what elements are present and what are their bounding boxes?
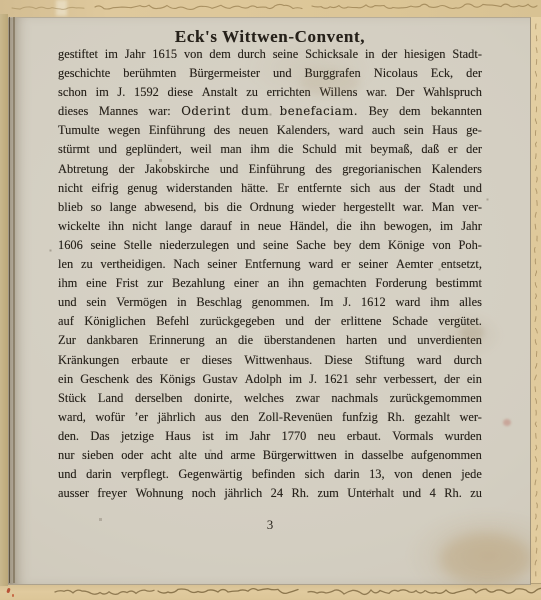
body-line: ZurdankbarenErinnerungandieüberstandenen… [58,333,482,352]
body-line: wickelteihnnichtlangedaraufinneueHändel,… [58,219,482,238]
page-number: 3 [58,517,482,533]
body-line: unddarinverpflegt.Gegenwärtigbefindensic… [58,467,482,486]
body-line: ihmeineFristzurBezahlungeineranihngemach… [58,276,482,295]
gutter-crease-line [9,17,10,583]
body-line: einGeschenkdesKönigsGustavAdolphimJ.1621… [58,372,482,391]
paper-fold-highlight [56,0,67,16]
body-text: gestiftetimJahr1615vondemdurchseineSchic… [58,47,482,505]
body-line: 1606seineStelleniederzulegenundseineSach… [58,238,482,257]
red-ink-speck [12,594,14,597]
page-title: Eck's Wittwen-Convent, [58,27,482,47]
book-page: Eck's Wittwen-Convent, gestiftetimJahr16… [8,17,531,585]
gutter-crease-line [13,17,15,583]
body-line: stürmtundgeplündert,weilmanihmdieSchuldm… [58,142,482,161]
body-line: den.DasjetzigeHausistimJahr1770neuerbaut… [58,429,482,448]
body-line: bliebsolangeabwesend,bisdieOrdnungwieder… [58,200,482,219]
top-sheet-edge [0,0,541,17]
body-line: StückLandderselbendonirte,welcheszwarnac… [58,391,482,410]
body-line: schonimJ.1592dieseAnstaltzuerrichtenWill… [58,85,482,104]
body-line: nursiebenoderachtalteundarmeBürgerwittwe… [58,448,482,467]
book-binding-edge [0,14,8,586]
body-line: geschichteberühmtenBürgermeisterundBurgg… [58,66,482,85]
body-line: diesesManneswar:Oderintdumbenefaciam.Bey… [58,104,482,123]
right-sheet-edge [530,0,541,600]
body-line: TumultewegenEinführungdesneuenKalenders,… [58,123,482,142]
body-line: undseinVermögeninBeschlaggenommen.ImJ.16… [58,295,482,314]
body-line: gestiftetimJahr1615vondemdurchseineSchic… [58,47,482,66]
paper-stain [503,419,511,426]
body-line: AbtretungderJakobskircheundEinführungdes… [58,162,482,181]
body-line: aufKöniglichenBefehlzurückgegebenunddere… [58,314,482,333]
body-line: nichteifriggenugwiderstandenhätte.Erentf… [58,181,482,200]
bottom-sheet-edge [0,583,541,600]
body-line: lenzuvertheidigen.NachseinerEntfernungwa… [58,257,482,276]
body-line: ausserfreyerWohnungnochjährlich24Rh.zumU… [58,486,482,505]
paper-stain [440,533,532,585]
body-line: KränkungenerbauteerdiesesWittwenhaus.Die… [58,353,482,372]
body-line: ward,wofürʼerjährlichausdenZoll-Revenüen… [58,410,482,429]
